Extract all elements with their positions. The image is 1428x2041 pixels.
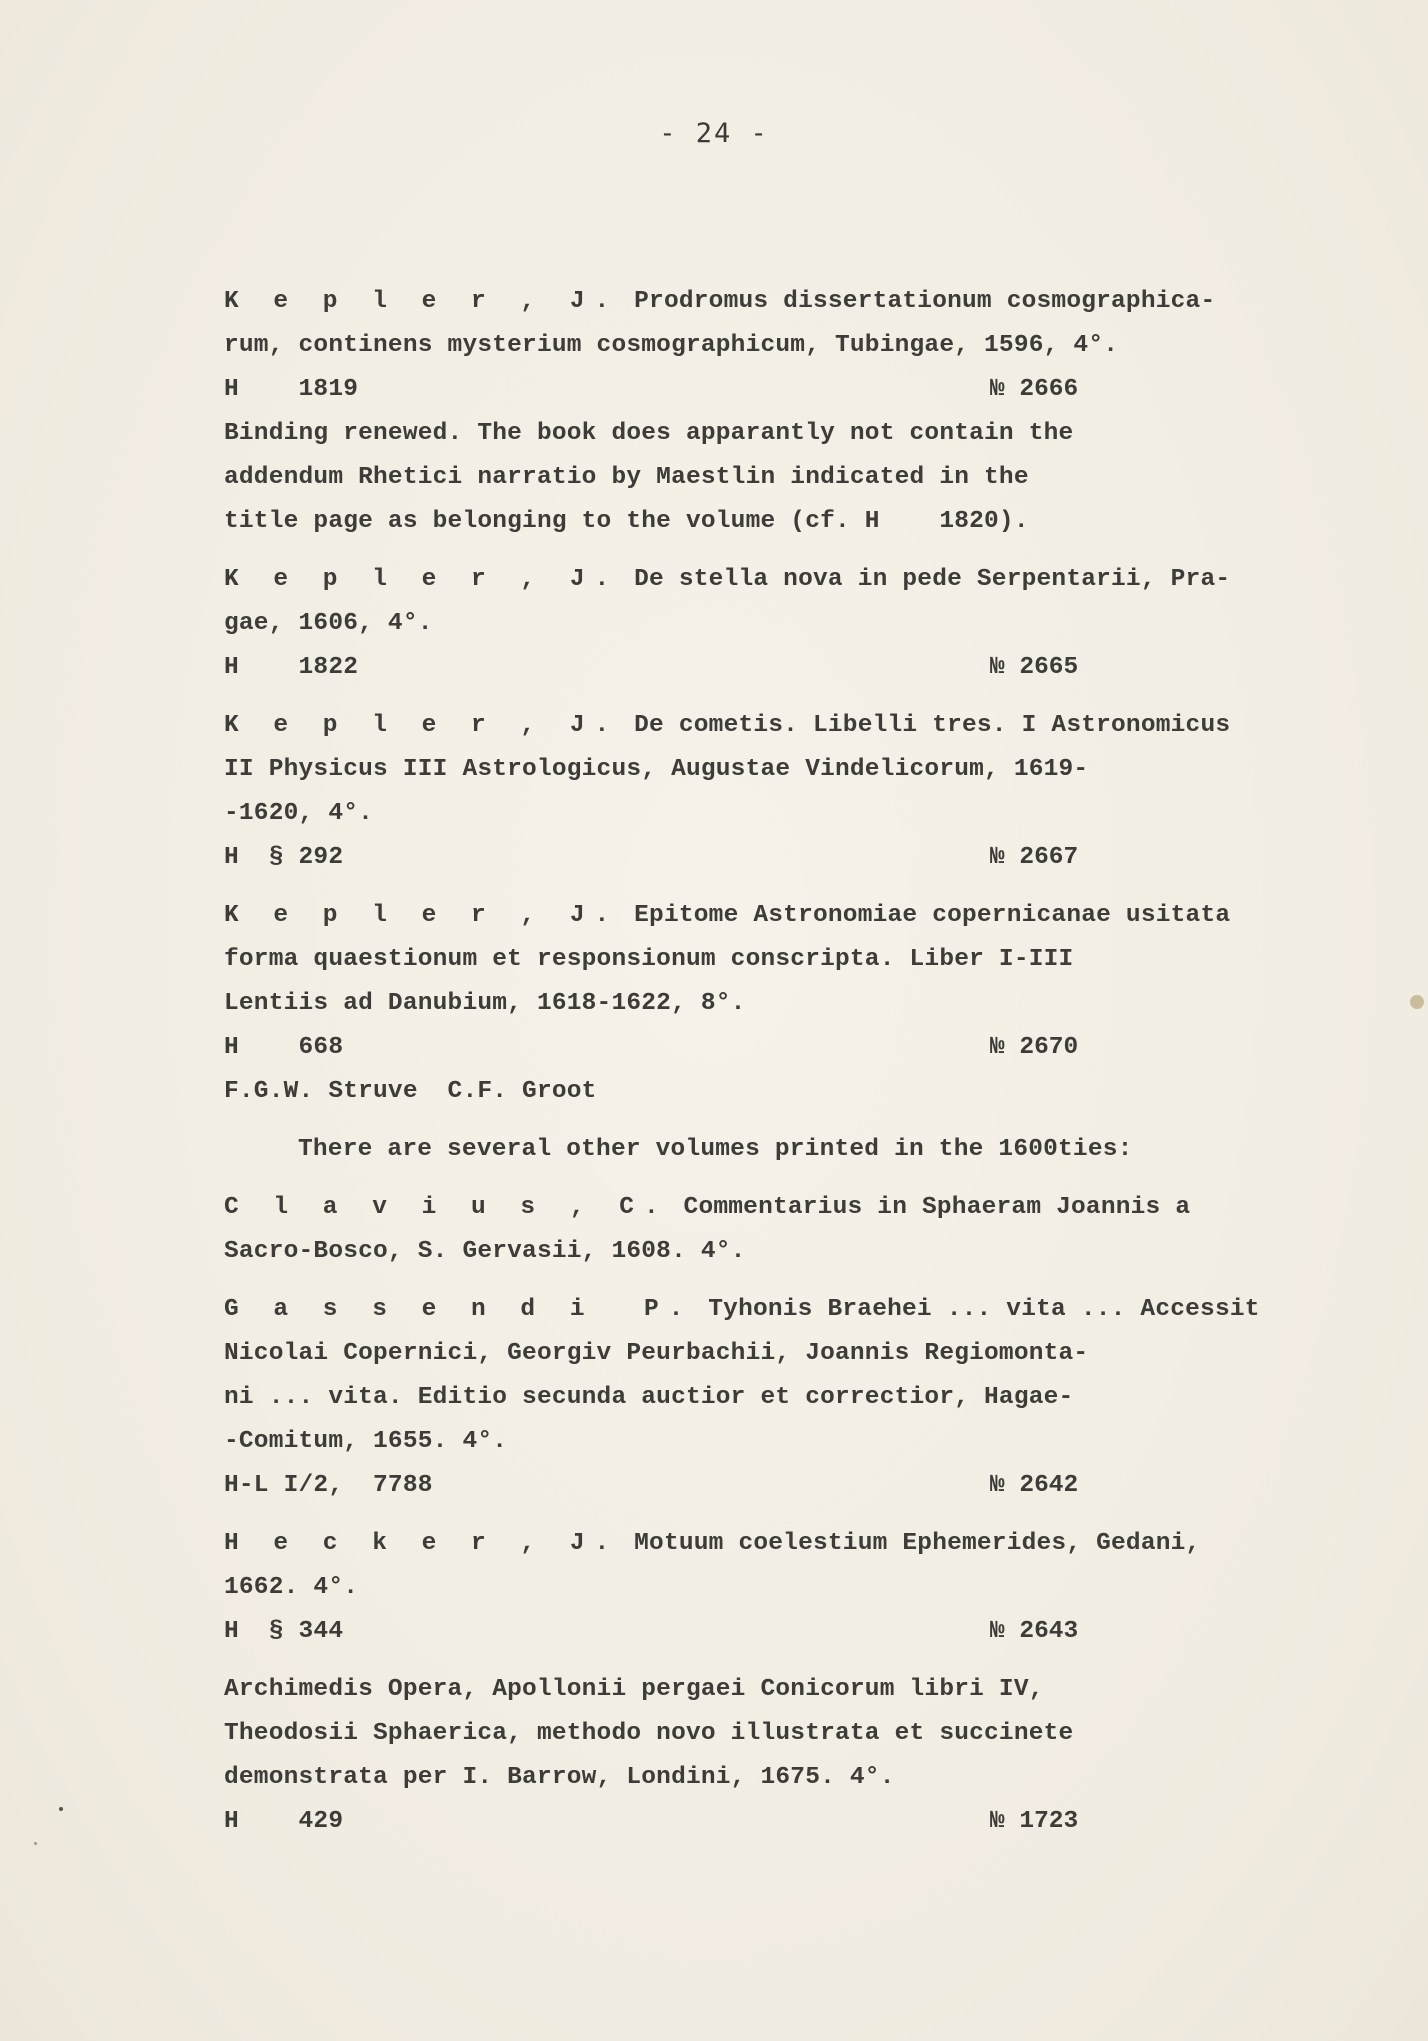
other-4-line-3: demonstrata per I. Barrow, Londini, 1675… [224,1764,895,1791]
entry-1-note-3: title page as belonging to the volume (c… [224,508,1029,535]
other-3-line-1: H e c k e r , J. Motuum coelestium Ephem… [224,1530,1200,1557]
entry-title-text: Prodromus dissertationum cosmographica- [619,288,1215,315]
entry-title-text: De stella nova in pede Serpentarii, Pra- [619,566,1230,593]
entry-title-text: De cometis. Libelli tres. I Astronomicus [619,712,1230,739]
paper-speck [34,1842,37,1845]
entry-3-number: № 2667 [990,844,1078,871]
entry-author: H e c k e r , J. [224,1530,619,1557]
entry-3-ref: H § 292 [224,844,343,871]
entry-1-number: № 2666 [990,376,1078,403]
entry-author: K e p l e r , J. [224,902,619,929]
entry-title-text: Epitome Astronomiae copernicanae usitata [619,902,1230,929]
document-page: - 24 - K e p l e r , J. Prodromus disser… [0,0,1428,2041]
entry-4-number: № 2670 [990,1034,1078,1061]
entry-4-line-1: K e p l e r , J. Epitome Astronomiae cop… [224,902,1230,929]
entry-2-line-2: gae, 1606, 4°. [224,610,433,637]
other-3-line-2: 1662. 4°. [224,1574,358,1601]
page-number: - 24 - [0,118,1428,149]
entry-author: K e p l e r , J. [224,288,619,315]
entry-title-text: Tyhonis Braehei ... vita ... Accessit [693,1296,1259,1323]
entry-3-line-1: K e p l e r , J. De cometis. Libelli tre… [224,712,1230,739]
other-1-line-2: Sacro-Bosco, S. Gervasii, 1608. 4°. [224,1238,746,1265]
entry-1-line-1: K e p l e r , J. Prodromus dissertationu… [224,288,1215,315]
other-4-number: № 1723 [990,1808,1078,1835]
other-3-number: № 2643 [990,1618,1078,1645]
other-1-line-1: C l a v i u s , C. Commentarius in Sphae… [224,1194,1190,1221]
entry-1-line-2: rum, continens mysterium cosmographicum,… [224,332,1118,359]
entry-author: G a s s e n d i P. [224,1296,693,1323]
entry-author: C l a v i u s , C. [224,1194,669,1221]
entry-author: K e p l e r , J. [224,566,619,593]
entry-author: K e p l e r , J. [224,712,619,739]
entry-2-line-1: K e p l e r , J. De stella nova in pede … [224,566,1230,593]
entry-3-line-3: -1620, 4°. [224,800,373,827]
other-4-ref: H 429 [224,1808,343,1835]
entry-1-note-2: addendum Rhetici narratio by Maestlin in… [224,464,1029,491]
other-2-number: № 2642 [990,1472,1078,1499]
entry-2-ref: H 1822 [224,654,358,681]
entry-4-line-3: Lentiis ad Danubium, 1618-1622, 8°. [224,990,746,1017]
other-2-line-2: Nicolai Copernici, Georgiv Peurbachii, J… [224,1340,1088,1367]
entry-3-line-2: II Physicus III Astrologicus, Augustae V… [224,756,1088,783]
entry-2-number: № 2665 [990,654,1078,681]
paper-spot [1410,995,1424,1009]
other-2-line-3: ni ... vita. Editio secunda auctior et c… [224,1384,1073,1411]
paper-speck [59,1807,63,1811]
other-2-line-4: -Comitum, 1655. 4°. [224,1428,507,1455]
intro-paragraph: There are several other volumes printed … [298,1136,1133,1163]
entry-4-note-1: F.G.W. Struve C.F. Groot [224,1078,597,1105]
entry-title-text: Motuum coelestium Ephemerides, Gedani, [619,1530,1200,1557]
entry-1-note-1: Binding renewed. The book does apparantl… [224,420,1073,447]
entry-title-text: Commentarius in Sphaeram Joannis a [669,1194,1191,1221]
other-3-ref: H § 344 [224,1618,343,1645]
entry-4-line-2: forma quaestionum et responsionum conscr… [224,946,1073,973]
other-4-line-1: Archimedis Opera, Apollonii pergaei Coni… [224,1676,1044,1703]
other-4-line-2: Theodosii Sphaerica, methodo novo illust… [224,1720,1073,1747]
entry-4-ref: H 668 [224,1034,343,1061]
entry-1-ref: H 1819 [224,376,358,403]
other-2-ref: H-L I/2, 7788 [224,1472,433,1499]
other-2-line-1: G a s s e n d i P. Tyhonis Braehei ... v… [224,1296,1260,1323]
